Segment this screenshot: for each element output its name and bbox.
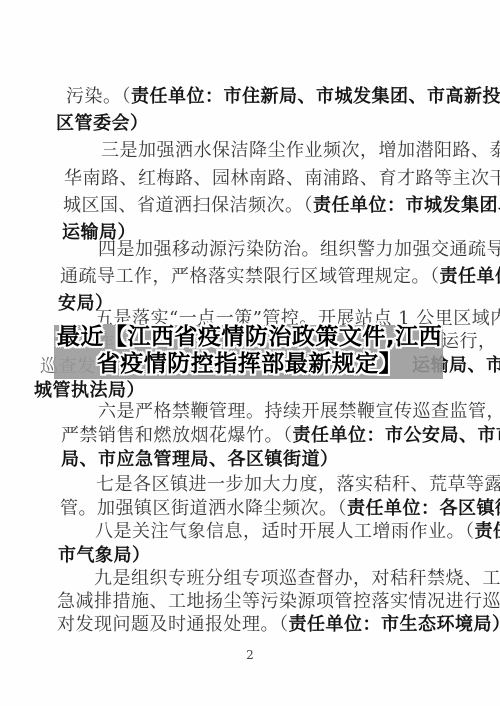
document-line: 急减排措施、工地扬尘等污染源项管控落实情况进行巡查检查， <box>57 591 500 613</box>
body-text: 三是加强洒水保洁降尘作业频次，增加潜阳路、泰丰路、章 <box>101 140 500 161</box>
document-line: 城管执法局） <box>34 380 145 402</box>
document-line: 七是各区镇进一步加大力度，落实秸秆、荒草等露天焚烧监 <box>96 474 500 496</box>
responsible-unit-text: 局、市应急管理局、各区镇街道） <box>61 449 339 470</box>
responsible-unit-text: 责任单位：市公 <box>440 266 500 287</box>
responsible-unit-text: 区管委会） <box>56 113 149 134</box>
document-line: 对发现问题及时通报处理。（责任单位：市生态环境局） <box>57 614 500 636</box>
document-line: 区管委会） <box>56 113 149 135</box>
body-text: 对发现问题及时通报处理。（ <box>57 614 289 635</box>
document-page: 污染。（责任单位：市住新局、市城发集团、市高新投、市高新区管委会）三是加强洒水保… <box>0 0 500 706</box>
document-line: 九是组织专班分组专项巡查督办，对秸秆禁烧、工业企业应 <box>94 568 500 590</box>
responsible-unit-text: 责任单位：市生态环境局） <box>289 614 500 635</box>
document-line: 四是加强移动源污染防治。组织警力加强交通疏导，做好交 <box>98 239 500 261</box>
responsible-unit-text: 责任单位：各区镇街道办） <box>347 498 500 519</box>
body-text: 急减排措施、工地扬尘等污染源项管控落实情况进行巡查检查， <box>57 591 500 612</box>
body-text: 七是各区镇进一步加大力度，落实秸秆、荒草等露天焚烧监 <box>96 474 500 495</box>
body-text: 九是组织专班分组专项巡查督办，对秸秆禁烧、工业企业应 <box>94 568 500 589</box>
document-line: 城区国、省道洒扫保洁频次。（责任单位：市城发集团、市交通 <box>63 195 500 217</box>
document-line: 污染。（责任单位：市住新局、市城发集团、市高新投、市高新 <box>66 86 500 108</box>
document-line: 华南路、红梅路、园林南路、南浦路、育才路等主次干道、邻主 <box>64 168 500 190</box>
watermark-title-line2: 省疫情防控指挥部最新规定】 <box>42 351 457 378</box>
body-text: 通疏导工作，严格落实禁限行区域管理规定。（ <box>60 266 440 287</box>
page-number: 2 <box>246 648 254 662</box>
body-text: 管。加强镇区街道洒水降尘频次。（ <box>60 498 347 519</box>
responsible-unit-text: 责任单位：市住新局、市城发集团、市高新投、市高新 <box>131 86 500 107</box>
document-line: 通疏导工作，严格落实禁限行区域管理规定。（责任单位：市公 <box>60 266 500 288</box>
responsible-unit-text: 责任单位：市公安局、市市场监管 <box>293 425 500 446</box>
document-line: 局、市应急管理局、各区镇街道） <box>61 449 339 471</box>
body-text: 华南路、红梅路、园林南路、南浦路、育才路等主次干道、邻主 <box>64 168 500 189</box>
document-line: 管。加强镇区街道洒水降尘频次。（责任单位：各区镇街道办） <box>60 498 500 520</box>
body-text: 城区国、省道洒扫保洁频次。（ <box>63 195 313 216</box>
body-text: 六是严格禁鞭管理。持续开展禁鞭宣传巡查监管，禁鞭区内 <box>98 401 500 422</box>
document-line: 八是关注气象信息，适时开展人工增雨作业。（责任单位： <box>95 521 500 543</box>
body-text: 污染。（ <box>66 86 131 107</box>
body-text: 严禁销售和燃放烟花爆竹。（ <box>61 425 293 446</box>
responsible-unit-text: 市气象局） <box>58 545 151 566</box>
body-text: 八是关注气象信息，适时开展人工增雨作业。（ <box>95 521 475 542</box>
watermark-title-line1: 最近【江西省疫情防治政策文件,江西 <box>42 324 457 351</box>
document-line: 严禁销售和燃放烟花爆竹。（责任单位：市公安局、市市场监管 <box>61 425 500 447</box>
body-text: 四是加强移动源污染防治。组织警力加强交通疏导，做好交 <box>98 239 500 260</box>
responsible-unit-text: 城管执法局） <box>34 380 145 401</box>
document-line: 六是严格禁鞭管理。持续开展禁鞭宣传巡查监管，禁鞭区内 <box>98 401 500 423</box>
document-line: 市气象局） <box>58 545 151 567</box>
responsible-unit-text: 责任单位： <box>475 521 500 542</box>
watermark-title: 最近【江西省疫情防治政策文件,江西 省疫情防控指挥部最新规定】 <box>42 324 457 378</box>
document-line: 三是加强洒水保洁降尘作业频次，增加潜阳路、泰丰路、章 <box>101 140 500 162</box>
responsible-unit-text: 责任单位：市城发集团、市交通 <box>313 195 500 216</box>
